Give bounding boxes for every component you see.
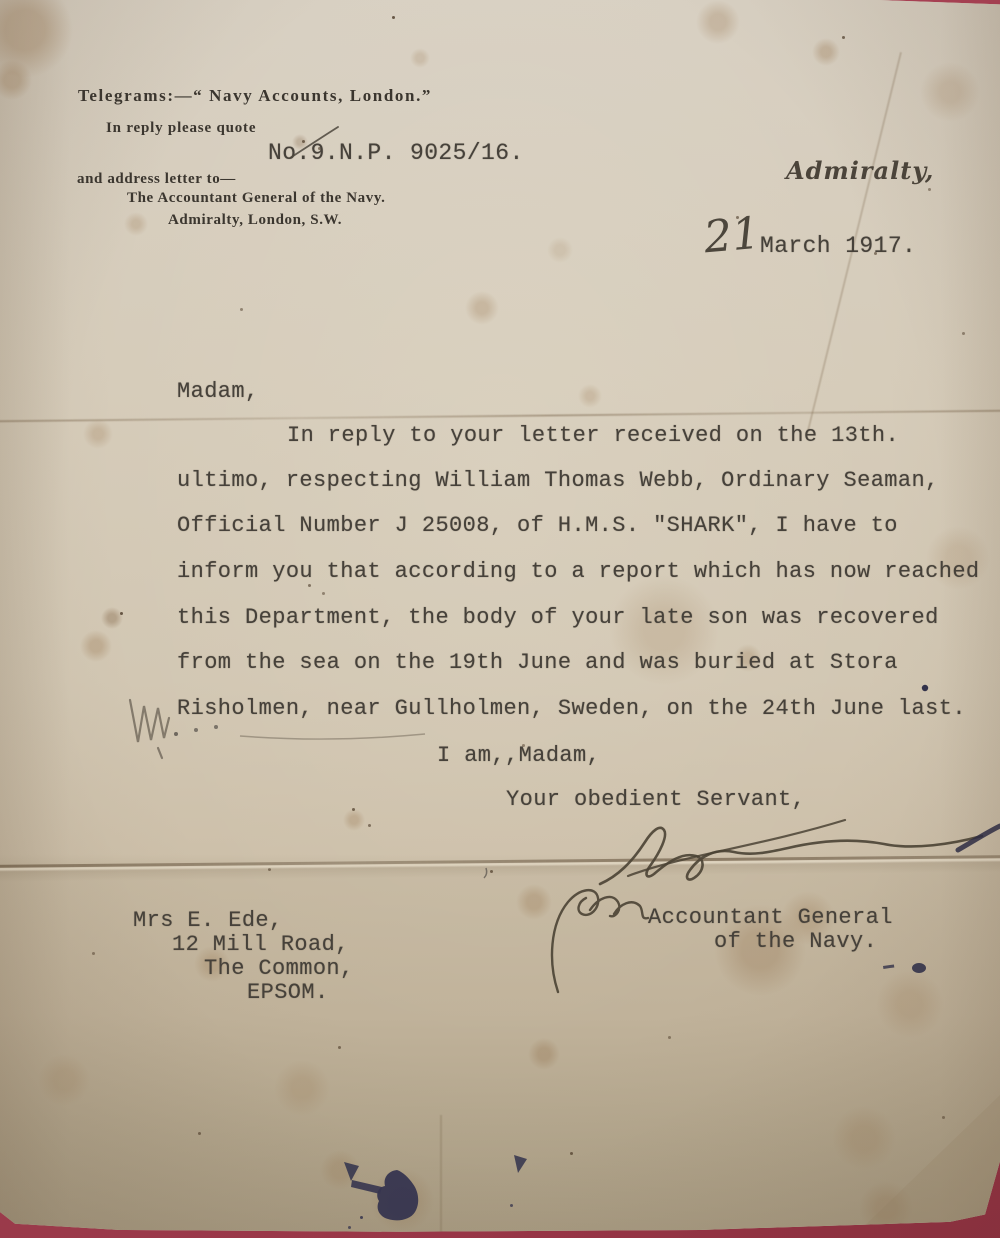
ink-blot-large — [377, 1170, 418, 1220]
signature-flourish — [552, 890, 648, 992]
pencil-dot — [174, 732, 178, 736]
stray-pen-mark — [484, 868, 487, 878]
signature-ink — [600, 828, 982, 884]
pencil-annotation — [130, 700, 169, 758]
ink-blot-small — [344, 1162, 359, 1181]
letter-photo: Telegrams:—“ Navy Accounts, London.” In … — [0, 0, 1000, 1238]
pencil-dot — [194, 728, 198, 732]
ink-speck — [912, 963, 926, 973]
pen-tick-reference — [290, 127, 338, 158]
ink-blot-tail — [351, 1180, 382, 1194]
pencil-underline — [240, 734, 425, 739]
letter-paper: Telegrams:—“ Navy Accounts, London.” In … — [0, 0, 1000, 1238]
ink-dash — [883, 964, 894, 969]
handwriting-overlay — [0, 0, 1000, 1238]
pencil-dot — [214, 725, 218, 729]
ink-blot-small — [514, 1155, 527, 1173]
blue-ink-edge-mark — [958, 826, 1000, 850]
ink-dot — [922, 685, 928, 691]
